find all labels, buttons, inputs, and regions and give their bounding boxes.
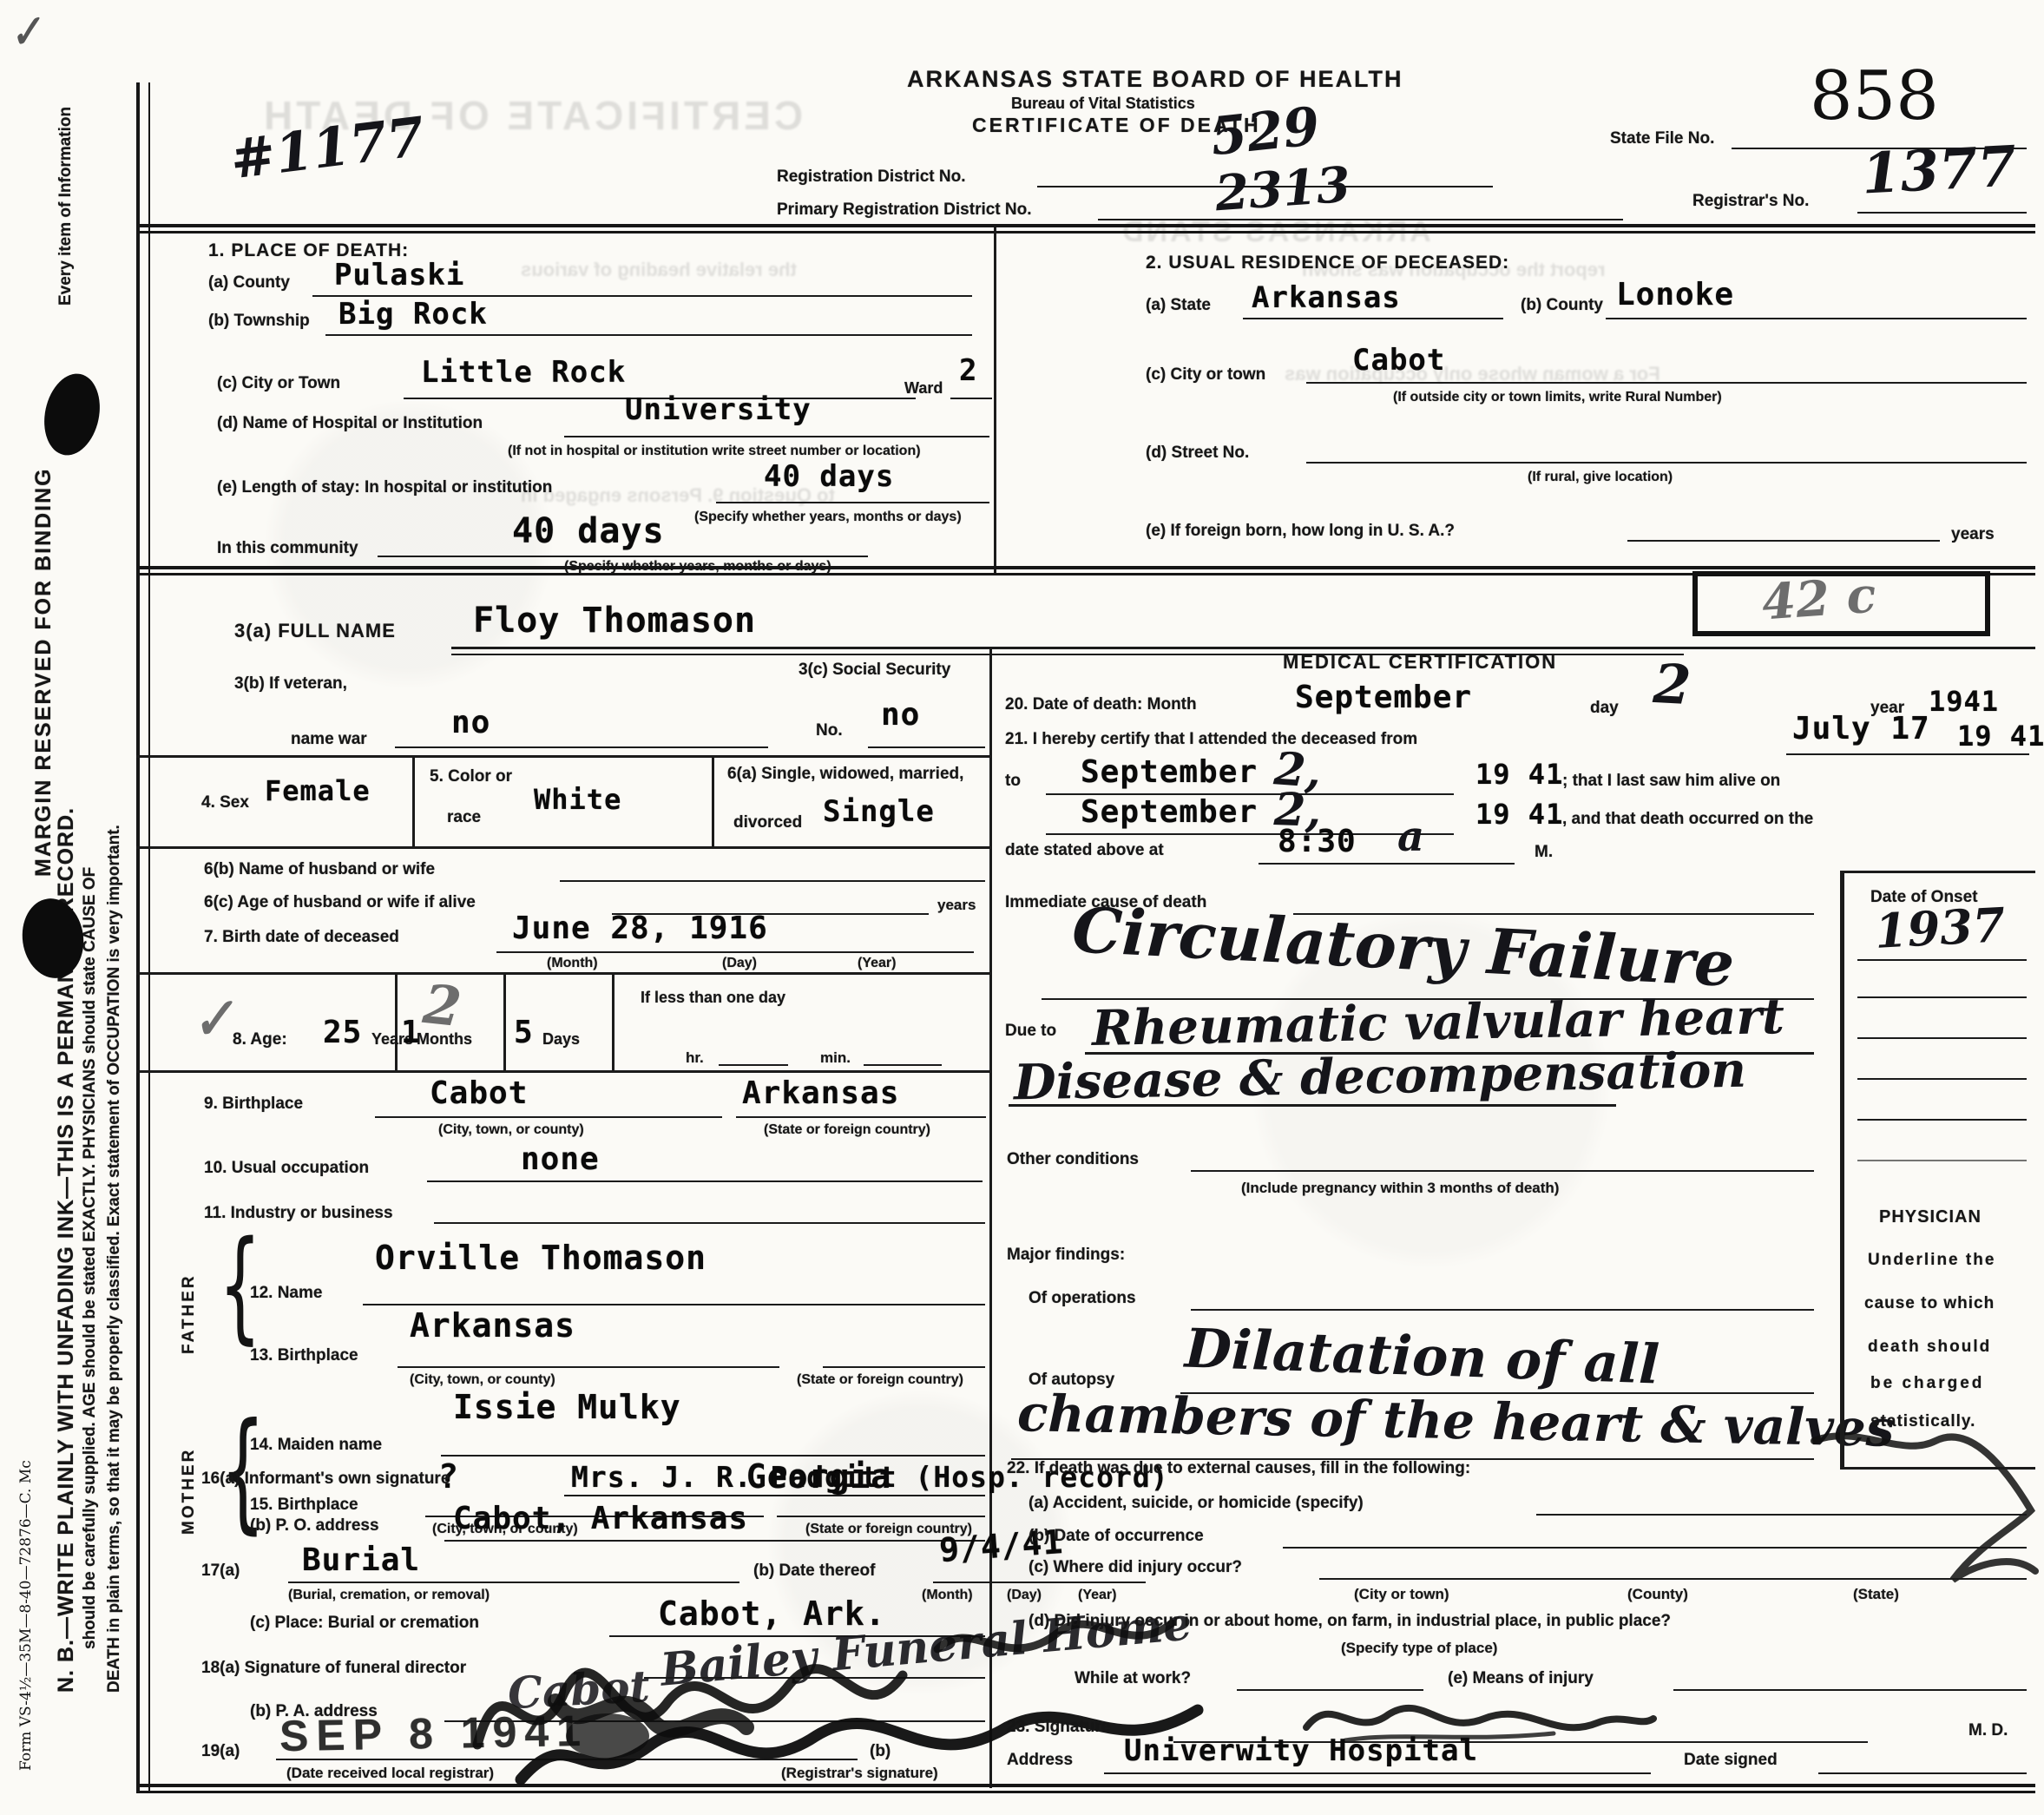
onset-blank-line: [1857, 996, 2027, 998]
informant-address-line: [444, 1540, 985, 1542]
birthplace-label: 9. Birthplace: [204, 1095, 303, 1112]
residence-county-line: [1606, 318, 2027, 319]
margin-info-note-2: should be carefully supplied. AGE should…: [82, 867, 98, 1649]
reg-district-label: Registration District No.: [777, 168, 965, 185]
attended-from-value: July 17: [1792, 714, 1930, 745]
medical-certification-title: MEDICAL CERTIFICATION: [1283, 653, 1557, 672]
foreign-born-line: [1627, 540, 1940, 542]
physician-note-title: PHYSICIAN: [1879, 1208, 1982, 1226]
date-stated-label: date stated above at: [1005, 842, 1164, 858]
registrar-no-value: 1377: [1860, 139, 2017, 202]
stay-line: [716, 502, 989, 503]
other-conditions-line: [1191, 1170, 1814, 1172]
primary-district-line: [1098, 219, 1623, 220]
external-causes-label: 22. If death was due to external causes,…: [1007, 1460, 1470, 1476]
registrar-no-label: Registrar's No.: [1692, 193, 1809, 209]
handwritten-code-value: 42 c: [1760, 570, 1877, 627]
fullname-underline: [451, 647, 2035, 649]
color-label-2: race: [447, 809, 481, 825]
occupation-line: [427, 1180, 983, 1182]
birthplace-state-caption: (State or foreign country): [764, 1123, 930, 1137]
birthdate-caption-year: (Year): [858, 957, 896, 970]
reg-district-value: 529: [1208, 101, 1322, 164]
registrar-received-label: 19(a): [201, 1743, 240, 1759]
occurrence-date-line: [1283, 1547, 2027, 1549]
mother-name-line: [441, 1455, 985, 1457]
less-than-day-min: min.: [820, 1050, 851, 1065]
lastsaw-year: 19 41: [1475, 800, 1563, 828]
residence-county-label: (b) County: [1521, 297, 1603, 313]
informant-address-value: Cabot, Arkansas: [453, 1503, 748, 1535]
county-value: Pulaski: [334, 260, 464, 290]
injury-where-label: (c) Where did injury occur?: [1029, 1559, 1242, 1575]
community-caption: (Specify whether years, months or days): [564, 560, 831, 574]
min-line: [864, 1064, 942, 1066]
lastsaw-month: September: [1081, 797, 1258, 828]
color-value: White: [534, 786, 621, 813]
death-certificate-scan: CERTIFICATE OF DEATH ARKANSAS STAND the …: [0, 0, 2044, 1815]
sex-label: 4. Sex: [201, 794, 249, 811]
attended-to-month: September: [1081, 757, 1258, 788]
father-bp-city-line: [398, 1366, 779, 1368]
address-label: Address: [1007, 1752, 1073, 1768]
birthdate-line: [496, 951, 974, 953]
mother-name-value: Issie Mulky: [453, 1391, 681, 1424]
primary-district-label: Primary Registration District No.: [777, 201, 1032, 218]
death-time-value: 8:30: [1278, 826, 1357, 858]
death-time-line: [1259, 863, 1515, 865]
row-rule-3bc: [136, 755, 989, 758]
onset-blank-line: [1857, 1078, 2027, 1080]
bleedthrough-line: For a woman whose only occupation was: [1285, 365, 1660, 384]
death-date-month: September: [1295, 682, 1472, 714]
header-rule: [136, 224, 2035, 233]
due-to-value-2: Disease & decompensation: [1014, 1046, 1747, 1108]
veteran-sublabel: name war: [291, 731, 367, 747]
father-bp-state-line: [823, 1366, 985, 1368]
father-side-label: FATHER: [181, 1273, 197, 1354]
mother-bp-state-line: [777, 1516, 985, 1517]
injury-place-label: (d) Did injury occur in or about home, o…: [1029, 1613, 1671, 1629]
husband-name-line: [560, 880, 985, 882]
disposal-value: Burial: [302, 1545, 420, 1576]
mother-name-label: 14. Maiden name: [250, 1437, 382, 1453]
physician-note-line: cause to which: [1864, 1295, 1995, 1312]
father-name-line: [363, 1304, 985, 1305]
residence-city-line: [1306, 382, 2027, 384]
birthdate-caption-day: (Day): [722, 957, 757, 970]
township-line: [325, 334, 972, 336]
place-of-death-title: 1. PLACE OF DEATH:: [208, 241, 409, 260]
hospital-value: University: [625, 395, 812, 424]
board-title: ARKANSAS STATE BOARD OF HEALTH: [907, 68, 1403, 91]
informant-line: [564, 1495, 985, 1496]
hr-line: [719, 1064, 788, 1066]
accident-label: (a) Accident, suicide, or homicide (spec…: [1029, 1495, 1364, 1511]
veteran-line: [395, 746, 768, 748]
bleedthrough-line: the relative heading of various: [521, 260, 797, 279]
father-bp-city-caption: (City, town, or county): [410, 1373, 555, 1387]
birthdate-label: 7. Birth date of deceased: [204, 929, 399, 945]
age-days-unit: Days: [542, 1031, 580, 1047]
age-months-handwritten: 2: [421, 977, 463, 1035]
injury-cap-county: (County): [1627, 1587, 1688, 1601]
onset-blank-line: [1857, 1160, 2027, 1161]
onset-blank-line: [1857, 1119, 2027, 1121]
occupation-label: 10. Usual occupation: [204, 1160, 369, 1176]
disposal-line: [288, 1582, 739, 1583]
mother-side-label: MOTHER: [181, 1448, 197, 1535]
autopsy-value-2: chambers of the heart & valves: [1017, 1388, 1895, 1454]
father-name-value: Orville Thomason: [375, 1241, 707, 1274]
township-value: Big Rock: [338, 299, 488, 329]
age-box-div-3: [612, 972, 615, 1070]
disposal-place-label: (c) Place: Burial or cremation: [250, 1614, 479, 1631]
onset-value-line: [1857, 959, 2027, 961]
injury-cap-state: (State): [1853, 1587, 1899, 1601]
onset-box-bottom-border: [1840, 1467, 2035, 1470]
state-file-label: State File No.: [1610, 130, 1714, 147]
birthplace-city-line: [375, 1116, 722, 1118]
due-to-line-2: [1009, 1104, 1616, 1107]
birthdate-caption-month: (Month): [547, 957, 598, 970]
ward-line: [950, 398, 992, 399]
residence-state-label: (a) State: [1146, 297, 1211, 313]
attended-from-year: 19 41: [1957, 722, 2044, 750]
margin-binding-note: MARGIN RESERVED FOR BINDING: [33, 467, 55, 877]
stay-caption: (Specify whether years, months or days): [694, 510, 962, 524]
date-signed-line: [1818, 1772, 2027, 1774]
case-number-handwritten: #1177: [227, 110, 427, 187]
city-value: Little Rock: [421, 358, 626, 387]
disposal-date-line: [933, 1582, 1146, 1583]
major-findings-label: Major findings:: [1007, 1246, 1125, 1263]
marital-label-2: divorced: [733, 814, 802, 831]
birthplace-state-value: Arkansas: [742, 1078, 899, 1109]
onset-box-top-border: [1840, 871, 2035, 873]
foreign-born-label: (e) If foreign born, how long in U. S. A…: [1146, 523, 1455, 539]
stay-label: (e) Length of stay: In hospital or insti…: [217, 479, 552, 496]
death-date-day-value: 2: [1652, 657, 1692, 713]
city-label: (c) City or Town: [217, 375, 340, 391]
death-date-year-value: 1941: [1929, 687, 1999, 715]
means-of-injury-line: [1673, 1689, 2027, 1691]
death-time-m-label: M.: [1535, 844, 1553, 860]
age-years-value: 25: [323, 1017, 362, 1049]
other-conditions-caption: (Include pregnancy within 3 months of de…: [1241, 1180, 1559, 1195]
address-value: Univerwity Hospital: [1124, 1736, 1478, 1766]
age-box-div-1: [395, 972, 398, 1070]
birthplace-city-value: Cabot: [430, 1078, 528, 1109]
ssn-line: [868, 746, 985, 748]
accident-line: [1536, 1514, 2027, 1516]
injury-where-line: [1319, 1578, 2027, 1580]
ward-label: Ward: [904, 380, 943, 396]
death-date-label: 20. Date of death: Month: [1005, 696, 1197, 713]
onset-blank-line: [1857, 1037, 2027, 1039]
occurred-tail: , and that death occurred on the: [1562, 811, 1813, 827]
lastsaw-tail: ; that I last saw him alive on: [1562, 773, 1780, 789]
form-left-border: [136, 82, 150, 1791]
attended-to-year: 19 41: [1475, 760, 1563, 788]
foreign-born-unit: years: [1951, 526, 1995, 543]
physician-note-line: be charged: [1870, 1375, 1984, 1391]
box-divider-sex-color: [412, 757, 415, 846]
onset-value: 1937: [1874, 901, 2007, 955]
injury-cap-city: (City or town): [1354, 1587, 1449, 1601]
md-label: M. D.: [1968, 1722, 2008, 1739]
veteran-value: no: [451, 707, 490, 739]
operations-label: Of operations: [1029, 1290, 1136, 1306]
community-value: 40 days: [512, 514, 665, 549]
ink-blot: [37, 369, 107, 461]
community-label: In this community: [217, 540, 358, 556]
informant-address-label: (b) P. O. address: [250, 1517, 379, 1534]
residence-state-value: Arkansas: [1252, 283, 1401, 312]
address-line: [1104, 1772, 1651, 1774]
death-time-ampm: a: [1397, 816, 1424, 858]
residence-title: 2. USUAL RESIDENCE OF DECEASED:: [1146, 253, 1509, 272]
box-divider-color-marital: [712, 757, 714, 846]
physician-note-line: statistically.: [1870, 1413, 1975, 1430]
husband-name-label: 6(b) Name of husband or wife: [204, 861, 435, 878]
community-line: [378, 556, 868, 557]
margin-info-note-1: Every item of Information: [57, 107, 74, 306]
sex-value: Female: [265, 777, 371, 805]
hospital-label: (d) Name of Hospital or Institution: [217, 415, 483, 431]
disposal-label: 17(a): [201, 1562, 240, 1579]
primary-district-value: 2313: [1213, 161, 1351, 219]
birthplace-state-line: [736, 1116, 986, 1118]
check-mark: ✓: [5, 9, 46, 55]
age-label: 8. Age:: [233, 1031, 287, 1048]
township-label: (b) Township: [208, 312, 310, 329]
occupation-value: none: [521, 1144, 600, 1175]
residence-county-value: Lonoke: [1616, 279, 1734, 311]
stay-value: 40 days: [764, 462, 894, 491]
attended-from-line: [1786, 753, 2029, 755]
veteran-label: 3(b) If veteran,: [234, 675, 347, 692]
birthdate-value: June 28, 1916: [512, 913, 768, 944]
date-signed-label: Date signed: [1684, 1752, 1778, 1768]
street-label: (d) Street No.: [1146, 444, 1249, 461]
section1-2-divider: [994, 227, 996, 573]
injury-place-caption: (Specify type of place): [1341, 1641, 1497, 1655]
ssn-sublabel: No.: [816, 722, 843, 739]
color-label-1: 5. Color or: [430, 768, 512, 785]
informant-label: 16(a) Informant's own signature: [201, 1470, 450, 1487]
ssn-value: no: [881, 700, 920, 731]
lastsaw-line: [1046, 833, 1454, 835]
father-birthplace-label: 13. Birthplace: [250, 1347, 358, 1364]
age-box-bottom: [136, 1070, 989, 1073]
disposal-date-label: (b) Date thereof: [753, 1562, 875, 1579]
fullname-label: 3(a) FULL NAME: [234, 621, 396, 641]
ward-value: 2: [959, 356, 977, 385]
age-box-top: [136, 972, 989, 975]
age-months-unit: Months: [417, 1031, 472, 1047]
county-label: (a) County: [208, 274, 290, 291]
street-line: [1306, 462, 2027, 464]
street-caption: (If rural, give location): [1528, 470, 1673, 484]
certificate-number: 858: [1810, 62, 1939, 130]
physician-note-line: death should: [1868, 1338, 1991, 1355]
father-name-label: 12. Name: [250, 1285, 322, 1301]
less-than-day-hr: hr.: [686, 1050, 704, 1065]
residence-state-line: [1243, 318, 1503, 319]
marital-label-1: 6(a) Single, widowed, married,: [727, 766, 963, 782]
death-date-day-label: day: [1590, 700, 1619, 716]
father-bp-state-caption: (State or foreign country): [797, 1373, 963, 1387]
attended-line1: 21. I hereby certify that I attended the…: [1005, 731, 1417, 747]
row-rule-456: [136, 846, 989, 849]
due-to-label: Due to: [1005, 1023, 1056, 1039]
occurrence-date-label: (b) Date of occurrence: [1029, 1528, 1204, 1544]
other-conditions-label: Other conditions: [1007, 1151, 1139, 1167]
attended-to-label: to: [1005, 773, 1021, 789]
age-check-mark: ✓: [187, 991, 238, 1049]
registrar-no-line: [1857, 212, 2027, 214]
residence-city-caption: (If outside city or town limits, write R…: [1393, 391, 1722, 404]
physician-signature-label: 23. Signature: [1007, 1719, 1110, 1735]
hospital-caption: (If not in hospital or institution write…: [508, 444, 921, 458]
marital-value: Single: [823, 797, 935, 826]
husband-age-label: 6(c) Age of husband or wife if alive: [204, 894, 476, 911]
fullname-value: Floy Thomason: [473, 603, 756, 638]
margin-info-note-3: DEATH in plain terms, so that it may be …: [106, 825, 122, 1693]
physician-note-line: Underline the: [1868, 1252, 1995, 1268]
operations-line: [1191, 1309, 1814, 1311]
industry-line: [434, 1222, 985, 1224]
age-box-div-2: [503, 972, 506, 1070]
at-work-label: While at work?: [1075, 1670, 1191, 1687]
residence-city-label: (c) City or town: [1146, 366, 1265, 383]
birthplace-city-caption: (City, town, or county): [438, 1123, 584, 1137]
ssn-label: 3(c) Social Security: [799, 661, 950, 678]
age-days-value: 5: [514, 1017, 534, 1049]
husband-age-unit: years: [937, 898, 976, 912]
margin-form-number: Form VS-4½—35M—8-40—72876—C. Mc: [19, 1460, 34, 1771]
funeral-director-label: 18(a) Signature of funeral director: [201, 1660, 466, 1676]
hospital-line: [564, 436, 989, 437]
onset-box-left-border: [1840, 871, 1844, 1470]
less-than-day-label: If less than one day: [641, 990, 785, 1005]
autopsy-value-1: Dilatation of all: [1184, 1321, 1660, 1391]
mother-birthplace-label: 15. Birthplace: [250, 1496, 358, 1513]
bureau-subtitle: Bureau of Vital Statistics: [1011, 95, 1195, 111]
residence-city-value: Cabot: [1352, 345, 1445, 375]
father-birthplace-value: Arkansas: [410, 1309, 575, 1342]
